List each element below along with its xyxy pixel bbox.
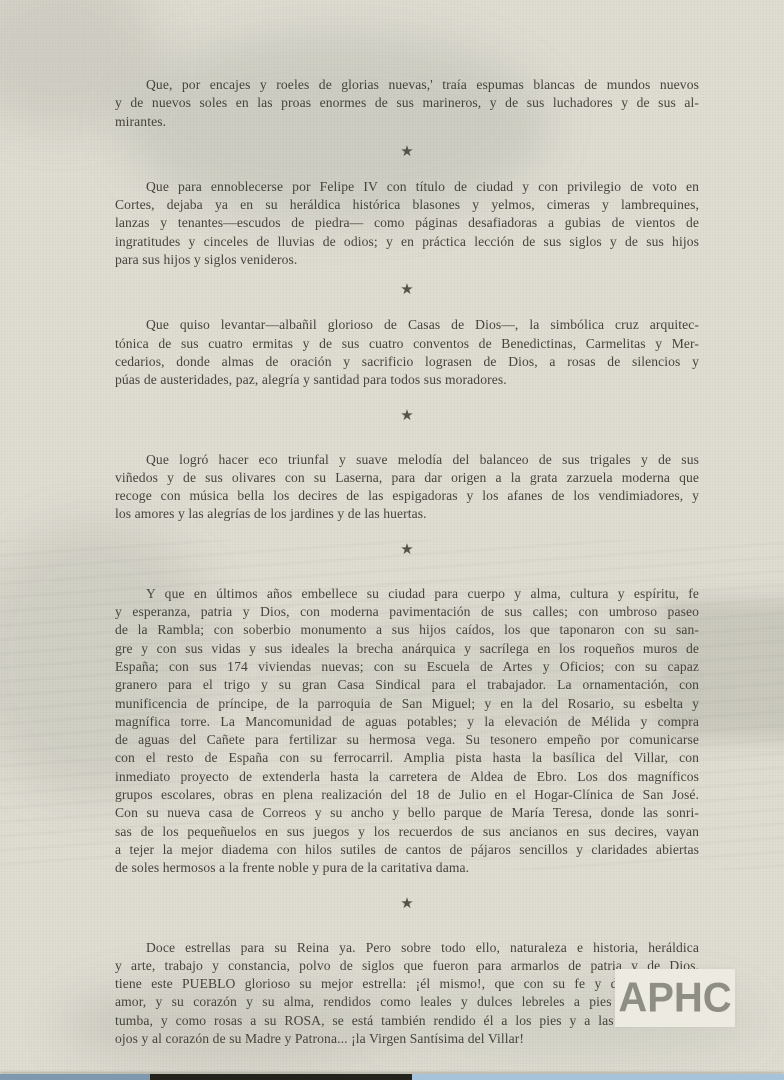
paragraph: Doce estrellas para su Reina ya. Pero so… — [115, 939, 699, 1049]
text-line: lanzas y tenantes—escudos de piedra— com… — [115, 214, 699, 232]
text-line: grupos escolares, obras en plena realiza… — [115, 786, 699, 804]
text-line: a tejer la mejor diadema con hilos sutil… — [115, 841, 699, 859]
star-separator-icon: ★ — [115, 408, 699, 423]
text-line: para sus hijos y siglos venideros. — [115, 251, 699, 269]
text-line: tiene este PUEBLO glorioso su mejor estr… — [115, 975, 699, 993]
star-separator-icon: ★ — [115, 282, 699, 297]
text-line: cedarios, donde almas de oración y sacri… — [115, 353, 699, 371]
text-line: Que quiso levantar—albañil glorioso de C… — [115, 316, 699, 334]
text-line: amor, y su corazón y su alma, rendidos c… — [115, 993, 699, 1011]
paragraph: Y que en últimos años embellece su ciuda… — [115, 585, 699, 878]
scan-edge-dark — [150, 1074, 412, 1080]
text-line: Que para ennoblecerse por Felipe IV con … — [115, 178, 699, 196]
text-line: de aguas del Cañete para fertilizar su h… — [115, 731, 699, 749]
paragraph: Que, por encajes y roeles de glorias nue… — [115, 76, 699, 131]
text-column: Que, por encajes y roeles de glorias nue… — [115, 76, 699, 1048]
text-line: ojos y al corazón de su Madre y Patrona.… — [115, 1030, 699, 1048]
text-line: Cortes, dejaba ya en su heráldica histór… — [115, 196, 699, 214]
text-line: España; con sus 174 viviendas nuevas; co… — [115, 658, 699, 676]
text-line: recoge con música bella los decires de l… — [115, 487, 699, 505]
text-line: de la Rambla; con soberbio monumento a s… — [115, 621, 699, 639]
text-line: de soles hermosos a la frente noble y pu… — [115, 859, 699, 877]
text-line: granero para el trigo y su gran Casa Sin… — [115, 676, 699, 694]
text-line: gre y con sus vidas y sus ideales la bre… — [115, 640, 699, 658]
text-line: munificencia de príncipe, de la parroqui… — [115, 695, 699, 713]
scan-edge-left — [0, 1074, 150, 1080]
text-line: tónica de sus cuatro ermitas y de sus cu… — [115, 335, 699, 353]
text-line: Con su nueva casa de Correos y su ancho … — [115, 804, 699, 822]
scan-edge-right — [412, 1074, 784, 1080]
text-line: viñedos y de sus olivares con su Laserna… — [115, 469, 699, 487]
text-line: magnífica torre. La Mancomunidad de agua… — [115, 713, 699, 731]
paragraph: Que logró hacer eco triunfal y suave mel… — [115, 451, 699, 524]
scanned-page: Que, por encajes y roeles de glorias nue… — [0, 0, 784, 1080]
text-line: con el resto de España con su ferrocarri… — [115, 749, 699, 767]
aphc-watermark-text: APHC — [618, 974, 731, 1021]
star-separator-icon: ★ — [115, 542, 699, 557]
star-separator-icon: ★ — [115, 896, 699, 911]
text-line: sas de los pequeñuelos en sus juegos y l… — [115, 823, 699, 841]
text-line: ingratitudes y cinceles de lluvias de od… — [115, 233, 699, 251]
text-line: púas de austeridades, paz, alegría y san… — [115, 371, 699, 389]
text-line: y de nuevos soles en las proas enormes d… — [115, 94, 699, 112]
aphc-watermark: APHC — [615, 969, 735, 1027]
text-line: Y que en últimos años embellece su ciuda… — [115, 585, 699, 603]
text-line: mirantes. — [115, 113, 699, 131]
scan-edge-strip — [0, 1074, 784, 1080]
text-line: y arte, trabajo y constancia, polvo de s… — [115, 957, 699, 975]
text-line: Que, por encajes y roeles de glorias nue… — [115, 76, 699, 94]
text-line: Que logró hacer eco triunfal y suave mel… — [115, 451, 699, 469]
paragraph: Que quiso levantar—albañil glorioso de C… — [115, 316, 699, 389]
text-line: tumba, y como rosas a su ROSA, se está t… — [115, 1012, 699, 1030]
text-line: inmediato proyecto de extenderla hasta l… — [115, 768, 699, 786]
text-line: los amores y las alegrías de los jardine… — [115, 505, 699, 523]
text-line: Doce estrellas para su Reina ya. Pero so… — [115, 939, 699, 957]
star-separator-icon: ★ — [115, 144, 699, 159]
text-line: y esperanza, patria y Dios, con moderna … — [115, 603, 699, 621]
paragraph: Que para ennoblecerse por Felipe IV con … — [115, 178, 699, 269]
